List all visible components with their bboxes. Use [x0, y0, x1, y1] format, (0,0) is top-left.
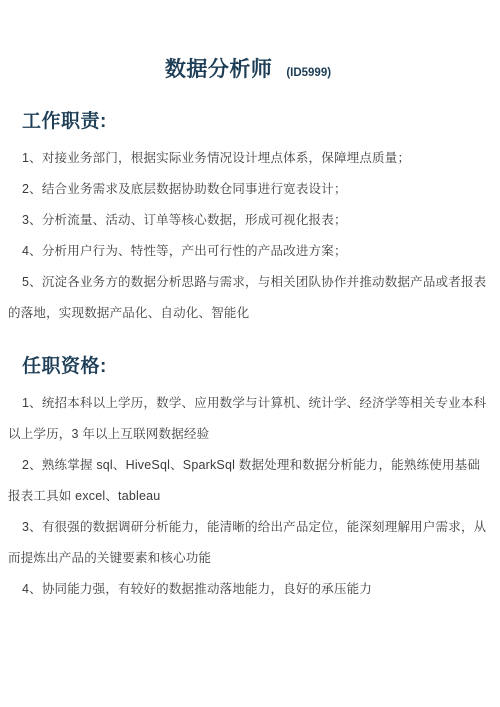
qualification-item-3: 3、有很强的数据调研分析能力，能清晰的给出产品定位，能深刻理解用户需求，从而提炼… [8, 512, 488, 574]
duty-item-5: 5、沉淀各业务方的数据分析思路与需求，与相关团队协作并推动数据产品或者报表的落地… [8, 267, 488, 329]
qualifications-list: 1、统招本科以上学历，数学、应用数学与计算机、统计学、经济学等相关专业本科以上学… [8, 388, 488, 605]
duty-item-4: 4、分析用户行为、特性等，产出可行性的产品改进方案； [8, 236, 488, 267]
section-heading-duties: 工作职责: [8, 110, 488, 134]
job-title: 数据分析师 (ID5999) [8, 52, 488, 86]
qualification-item-1: 1、统招本科以上学历，数学、应用数学与计算机、统计学、经济学等相关专业本科以上学… [8, 388, 488, 450]
duty-item-1: 1、对接业务部门，根据实际业务情况设计埋点体系，保障埋点质量； [8, 143, 488, 174]
section-heading-qualifications: 任职资格: [8, 355, 488, 379]
duties-list: 1、对接业务部门，根据实际业务情况设计埋点体系，保障埋点质量； 2、结合业务需求… [8, 143, 488, 329]
qualification-item-4: 4、协同能力强，有较好的数据推动落地能力，良好的承压能力 [8, 574, 488, 605]
qualification-item-2: 2、熟练掌握 sql、HiveSql、SparkSql 数据处理和数据分析能力，… [8, 450, 488, 512]
job-title-text: 数据分析师 [165, 58, 273, 81]
duty-item-2: 2、结合业务需求及底层数据协助数仓同事进行宽表设计； [8, 174, 488, 205]
job-id-badge: (ID5999) [286, 67, 331, 79]
job-description-page: 数据分析师 (ID5999) 工作职责: 1、对接业务部门，根据实际业务情况设计… [0, 0, 500, 707]
duty-item-3: 3、分析流量、活动、订单等核心数据，形成可视化报表； [8, 205, 488, 236]
